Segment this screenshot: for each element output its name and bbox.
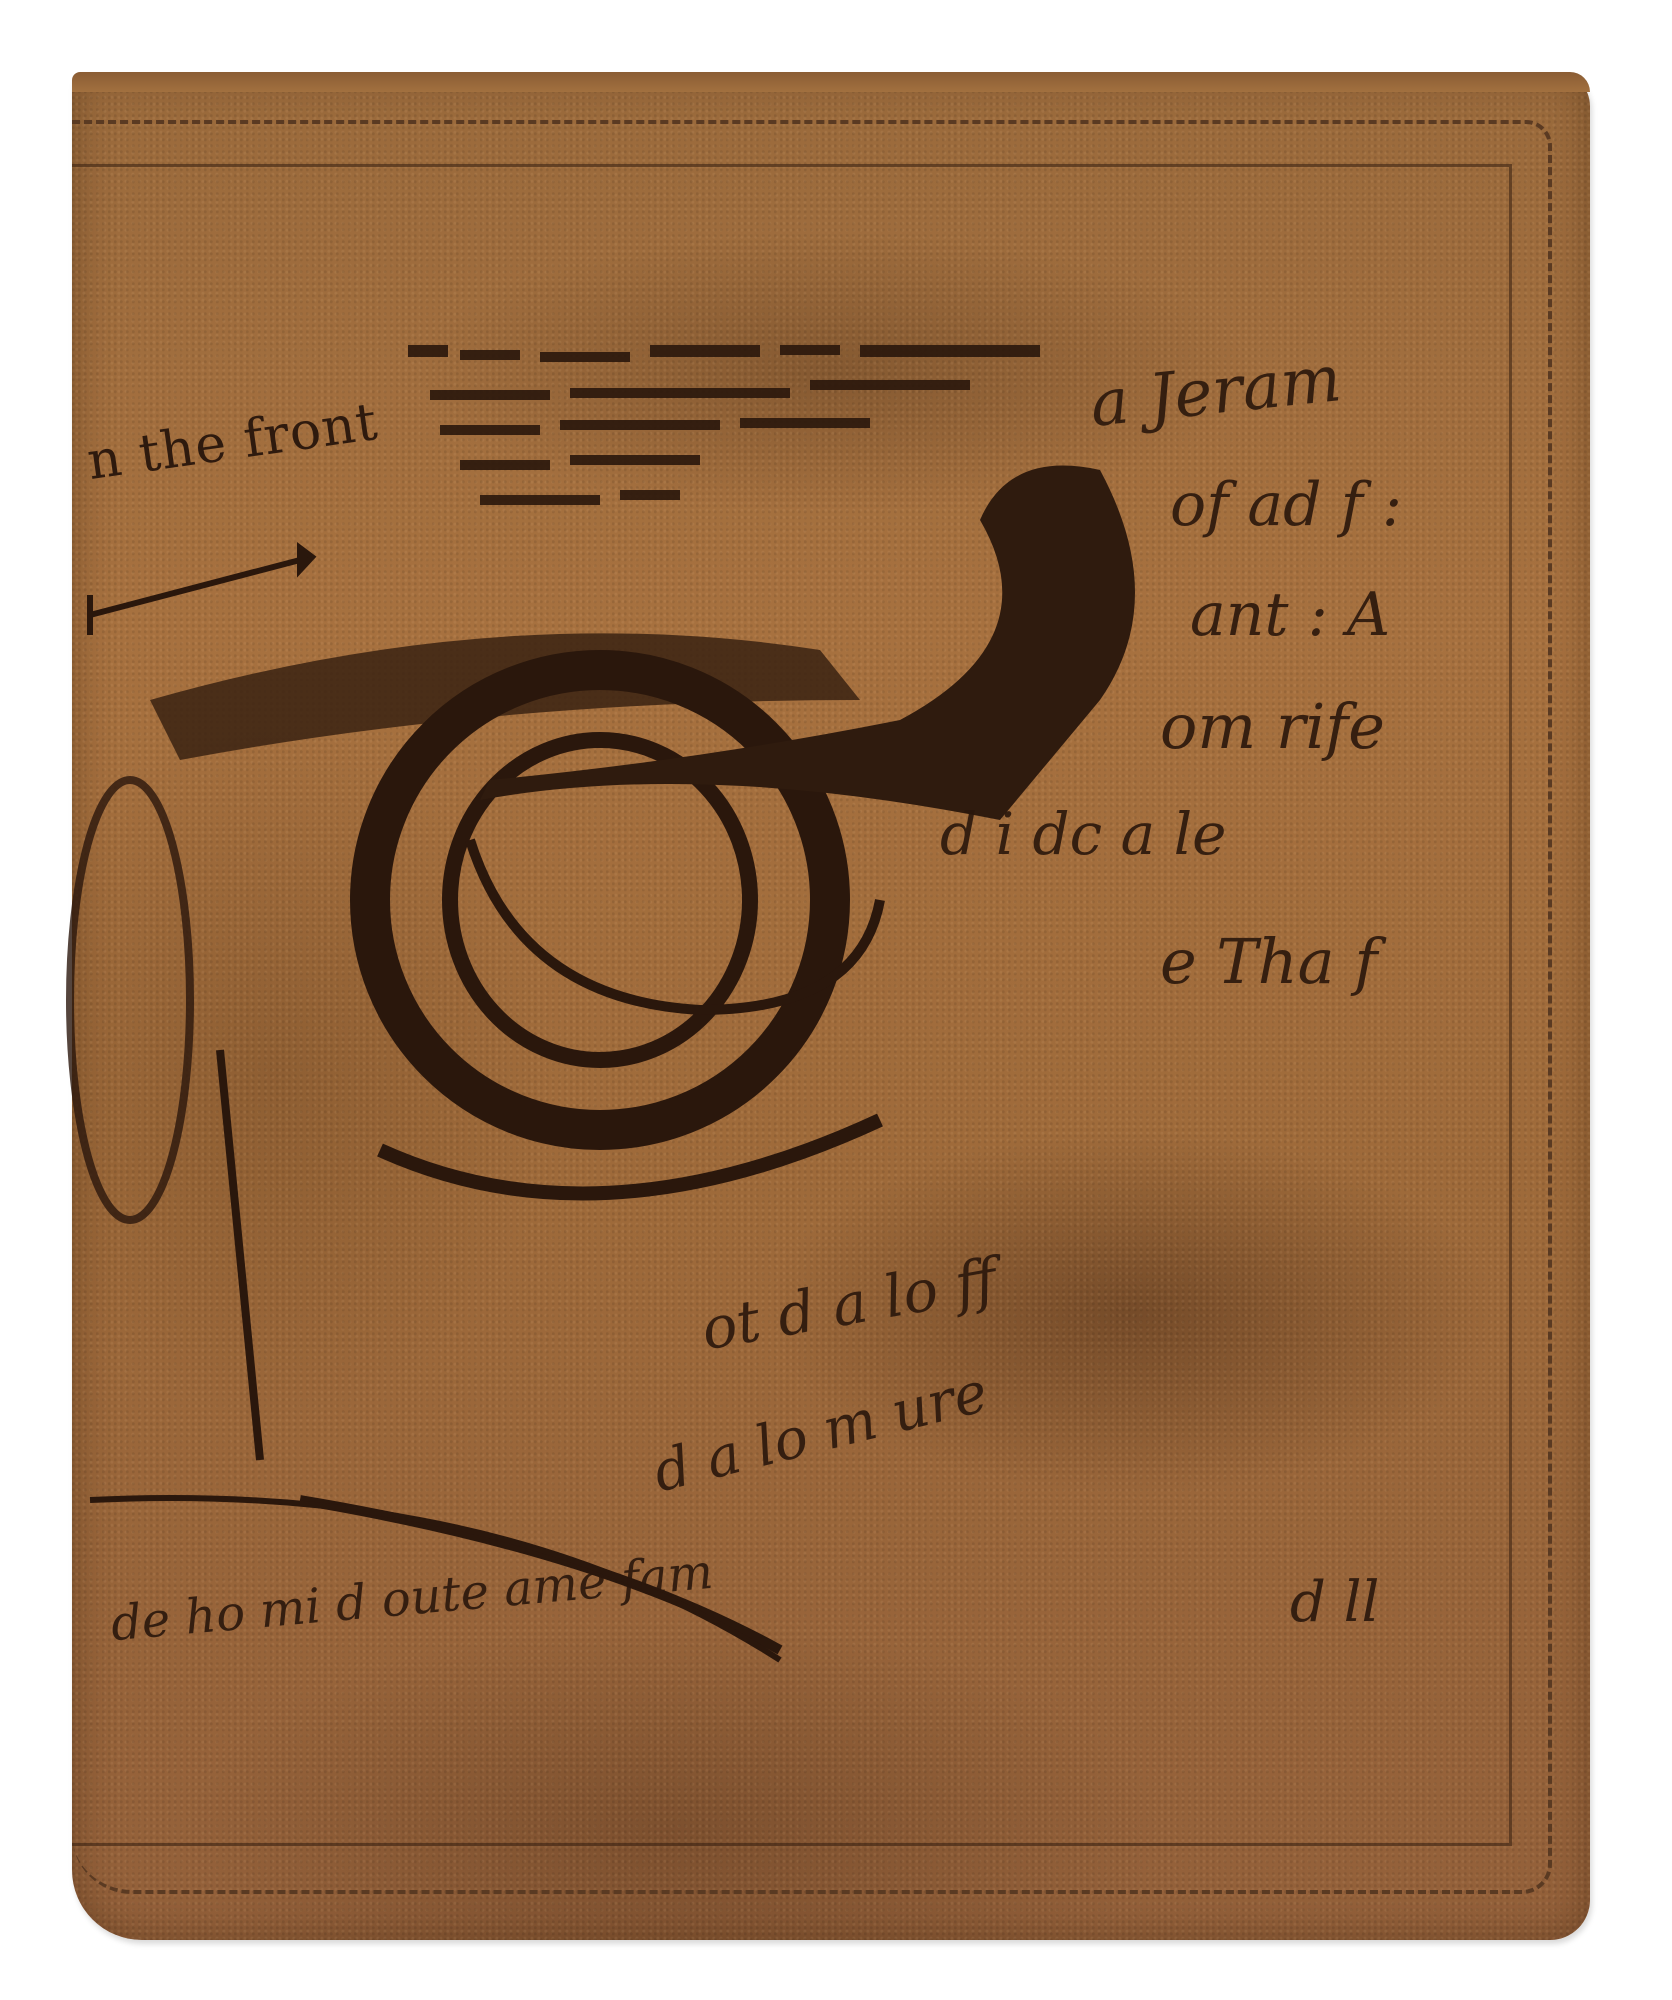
double-arrow-icon [90, 548, 312, 635]
manuscript-block-icon [408, 345, 1040, 505]
script-line: om rife [1160, 690, 1385, 763]
script-line: of ad f : [1170, 470, 1402, 540]
script-line: d i dc a le [940, 800, 1227, 868]
script-line: ant : A [1190, 580, 1390, 650]
script-line: e Tha f [1160, 925, 1377, 998]
embossed-illustration [0, 0, 1672, 2000]
script-line: d ll [1290, 1570, 1379, 1635]
serpent-illustration-icon [70, 466, 1135, 1660]
